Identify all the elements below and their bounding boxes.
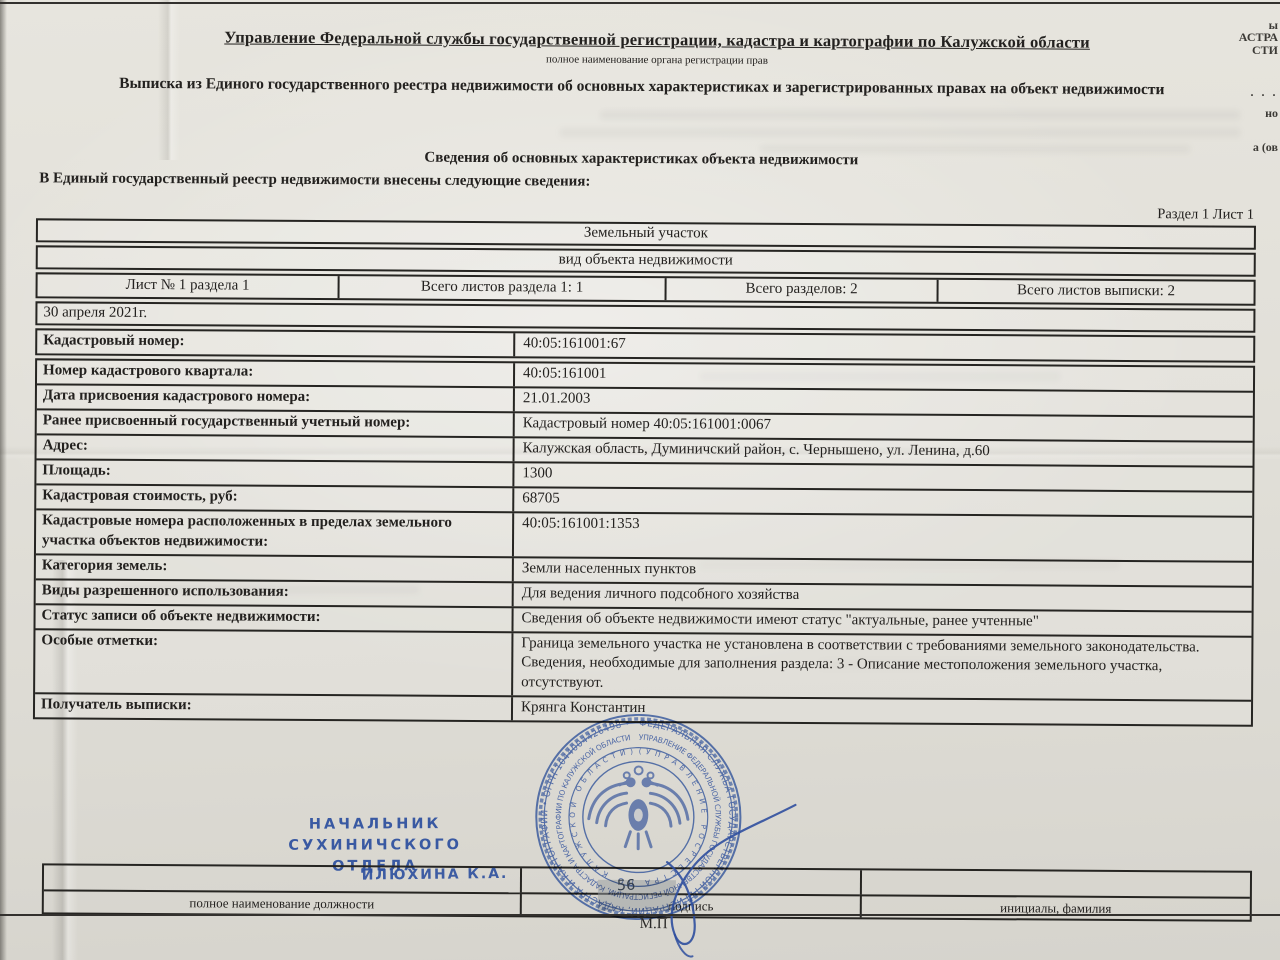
table-row: Кадастровые номера расположенных в преде… — [36, 508, 1252, 560]
registration-authority-name: Управление Федеральной службы государств… — [152, 27, 1162, 53]
document: Управление Федеральной службы государств… — [0, 0, 1280, 960]
row-label: Особые отметки: — [35, 630, 513, 695]
row-value: 1300 — [514, 463, 1252, 491]
row-value: 40:05:161001:1353 — [514, 513, 1252, 560]
row-label: Категория земель: — [36, 555, 514, 581]
name-cell — [860, 870, 1250, 896]
cadastral-number-block: Кадастровый номер: 40:05:161001:67 — [35, 328, 1255, 362]
scrap-text-fragment: а (ов — [1253, 140, 1278, 155]
extract-date: 30 апреля 2021г. — [43, 303, 147, 323]
sheet-counter-cell: Лист № 1 раздела 1 — [38, 274, 338, 298]
row-label: Статус записи об объекте недвижимости: — [35, 605, 513, 631]
document-title: Выписка из Единого государственного реес… — [77, 75, 1207, 100]
scrap-text-fragment: · · · — [1250, 88, 1278, 103]
sheet-counter-cell: Всего разделов: 2 — [665, 278, 937, 302]
row-label: Номер кадастрового квартала: — [37, 360, 515, 386]
object-type-caption: вид объекта недвижимости — [559, 251, 733, 272]
row-label: Площадь: — [36, 460, 514, 486]
row-label: Адрес: — [37, 435, 515, 461]
scrap-text-fragment: СТИ — [1252, 43, 1278, 58]
table-row: Особые отметки: Граница земельного участ… — [35, 628, 1251, 700]
row-value: 40:05:161001:67 — [515, 333, 1253, 361]
object-attributes-block: Номер кадастрового квартала: 40:05:16100… — [33, 358, 1255, 726]
row-value: Калужская область, Думиничский район, с.… — [515, 438, 1253, 466]
scrap-text-fragment: но — [1265, 106, 1278, 121]
sheet-counters-row: Лист № 1 раздела 1Всего листов раздела 1… — [36, 272, 1256, 305]
object-type-caption-row: вид объекта недвижимости — [36, 245, 1256, 276]
authority-caption: полное наименование органа регистрации п… — [152, 51, 1162, 69]
sheet-counter-cell: Всего листов выписки: 2 — [937, 280, 1254, 304]
row-label: Кадастровый номер: — [37, 330, 515, 356]
extract-date-row: 30 апреля 2021г. — [35, 301, 1255, 332]
official-name-stamp: ИЛЮХИНА К.А. — [325, 866, 545, 884]
row-value: Кадастровый номер 40:05:161001:0067 — [515, 413, 1253, 441]
row-label: Ранее присвоенный государственный учетны… — [37, 410, 515, 436]
row-value: Для ведения личного подсобного хозяйства — [514, 583, 1252, 611]
row-label: Кадастровые номера расположенных в преде… — [36, 510, 514, 556]
sheet-counter-cell: Всего листов раздела 1: 1 — [338, 276, 665, 300]
table-row: Кадастровый номер: 40:05:161001:67 — [37, 330, 1253, 360]
section-title: Сведения об основных характеристиках объ… — [91, 148, 1191, 172]
position-stamp-line1: НАЧАЛЬНИК — [245, 814, 505, 836]
object-type-row: Земельный участок — [36, 218, 1256, 249]
object-info-table: Земельный участок вид объекта недвижимос… — [33, 218, 1256, 726]
row-value: Сведения об объекте недвижимости имеют с… — [513, 608, 1251, 636]
row-label: Дата присвоения кадастрового номера: — [37, 385, 515, 411]
row-value: 40:05:161001 — [515, 363, 1253, 391]
row-label: Виды разрешенного использования: — [36, 580, 514, 606]
row-value: Граница земельного участка не установлен… — [513, 633, 1251, 700]
object-type: Земельный участок — [584, 224, 708, 245]
signature-stroke — [594, 742, 805, 960]
row-label: Получатель выписки: — [35, 694, 513, 720]
intro-line: В Единый государственный реестр недвижим… — [39, 170, 590, 190]
row-value: 68705 — [514, 488, 1252, 516]
row-value: Земли населенных пунктов — [514, 558, 1252, 586]
row-label: Кадастровая стоимость, руб: — [36, 485, 514, 511]
row-value: 21.01.2003 — [515, 388, 1253, 416]
signature-column-label: полное наименование должности — [44, 889, 520, 915]
